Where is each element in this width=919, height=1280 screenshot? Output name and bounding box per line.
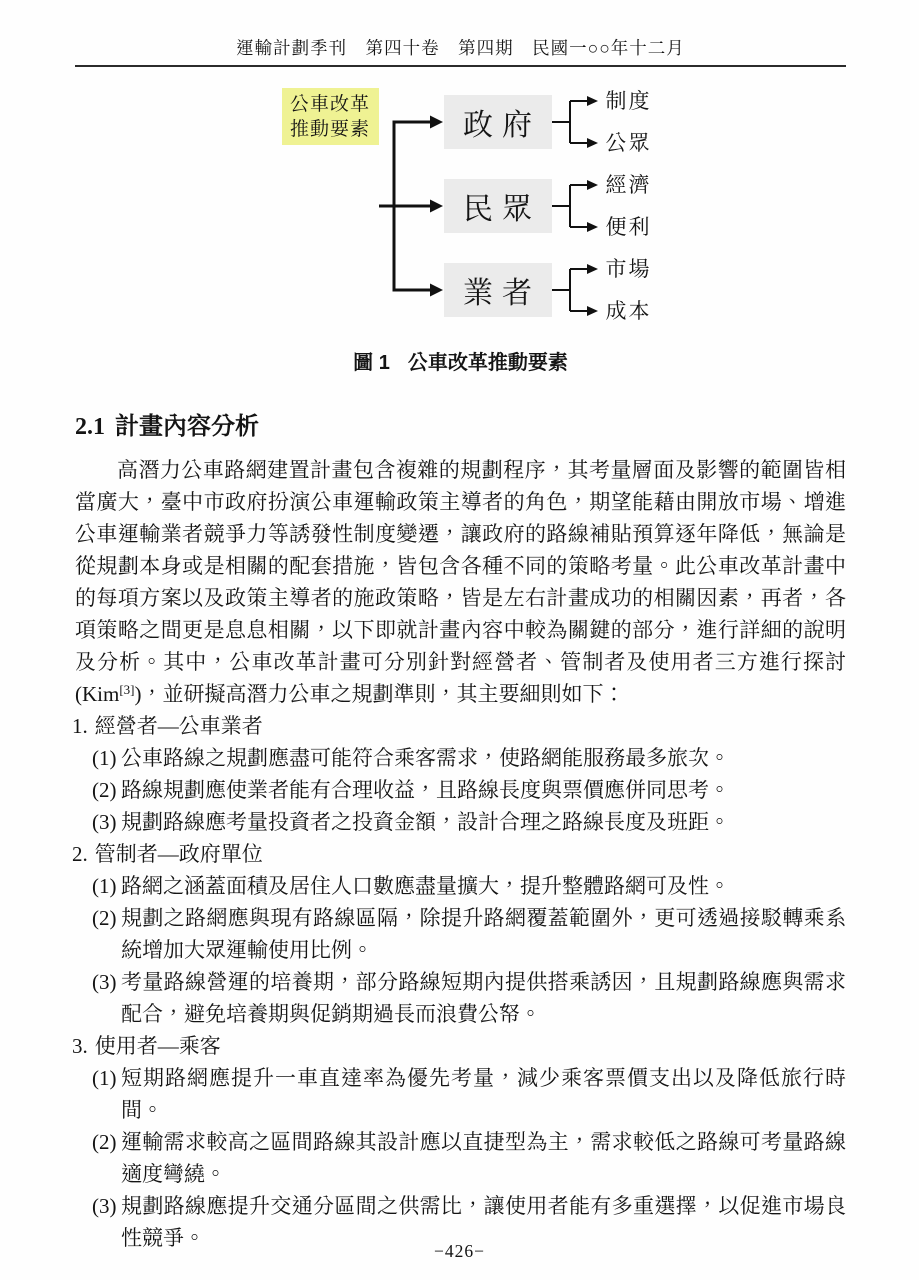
section-title: 計畫內容分析 bbox=[115, 413, 259, 440]
root-node: 公車改革 推動要素 bbox=[282, 88, 379, 145]
list-item-marker: (1) bbox=[92, 1062, 121, 1126]
arrowhead bbox=[587, 138, 598, 148]
list-item-marker: (1) bbox=[92, 742, 121, 774]
list-item: (1) 公車路線之規劃應盡可能符合乘客需求，使路網能服務最多旅次。 bbox=[75, 742, 846, 774]
list-item-text: 考量路線營運的培養期，部分路線短期內提供搭乘誘因，且規劃路線應與需求配合，避免培… bbox=[121, 966, 846, 1030]
arrowhead bbox=[587, 180, 598, 190]
figure-caption: 圖 1公車改革推動要素 bbox=[75, 350, 846, 376]
section-heading: 2.1計畫內容分析 bbox=[75, 412, 846, 442]
arrowhead bbox=[587, 222, 598, 232]
branch-node-government: 政府 bbox=[444, 95, 552, 149]
leaf-label: 便利 bbox=[606, 211, 652, 243]
list-item: (2) 路線規劃應使業者能有合理收益，且路線長度與票價應併同思考。 bbox=[75, 774, 846, 806]
list-item-marker: (2) bbox=[92, 774, 121, 806]
list-group-label: 管制者—政府單位 bbox=[95, 838, 263, 870]
list-group-title: 3. 使用者—乘客 bbox=[72, 1030, 846, 1062]
branch-node-operators: 業者 bbox=[444, 263, 552, 317]
branch-node-citizens: 民眾 bbox=[444, 179, 552, 233]
paragraph-part2: )，並研擬高潛力公車之規劃準則，其主要細則如下： bbox=[135, 682, 625, 706]
leaf-label: 市場 bbox=[606, 253, 652, 285]
list-group-marker: 1. bbox=[72, 710, 88, 742]
list-group-regulators: 2. 管制者—政府單位 (1) 路網之涵蓋面積及居住人口數應盡量擴大，提升整體路… bbox=[75, 838, 846, 1030]
section-number: 2.1 bbox=[75, 414, 105, 440]
arrowhead bbox=[430, 116, 443, 129]
list-item-text: 公車路線之規劃應盡可能符合乘客需求，使路網能服務最多旅次。 bbox=[121, 742, 846, 774]
list-item-text: 運輸需求較高之區間路線其設計應以直捷型為主，需求較低之路線可考量路線適度彎繞。 bbox=[121, 1126, 846, 1190]
numbered-list: 1. 經營者—公車業者 (1) 公車路線之規劃應盡可能符合乘客需求，使路網能服務… bbox=[75, 710, 846, 1254]
list-item-marker: (3) bbox=[92, 806, 121, 838]
list-group-operators: 1. 經營者—公車業者 (1) 公車路線之規劃應盡可能符合乘客需求，使路網能服務… bbox=[75, 710, 846, 838]
list-group-label: 使用者—乘客 bbox=[95, 1030, 221, 1062]
list-group-marker: 2. bbox=[72, 838, 88, 870]
list-item: (2) 運輸需求較高之區間路線其設計應以直捷型為主，需求較低之路線可考量路線適度… bbox=[75, 1126, 846, 1190]
list-item-text: 路網之涵蓋面積及居住人口數應盡量擴大，提升整體路網可及性。 bbox=[121, 870, 846, 902]
list-item-marker: (2) bbox=[92, 902, 121, 966]
list-item-marker: (2) bbox=[92, 1126, 121, 1190]
list-group-title: 1. 經營者—公車業者 bbox=[72, 710, 846, 742]
list-item: (1) 路網之涵蓋面積及居住人口數應盡量擴大，提升整體路網可及性。 bbox=[75, 870, 846, 902]
root-node-label-line2: 推動要素 bbox=[290, 117, 370, 142]
header-rule bbox=[75, 65, 846, 67]
list-item: (3) 規劃路線應考量投資者之投資金額，設計合理之路線長度及班距。 bbox=[75, 806, 846, 838]
list-item-text: 規劃之路網應與現有路線區隔，除提升路網覆蓋範圍外，更可透過接駁轉乘系統增加大眾運… bbox=[121, 902, 846, 966]
arrowhead bbox=[587, 96, 598, 106]
arrowhead bbox=[430, 200, 443, 213]
paragraph-part1: 高潛力公車路網建置計畫包含複雜的規劃程序，其考量層面及影響的範圍皆相當廣大，臺中… bbox=[75, 458, 846, 706]
list-item-marker: (3) bbox=[92, 966, 121, 1030]
page-number: −426− bbox=[0, 1241, 919, 1262]
citation-superscript: [3] bbox=[119, 682, 134, 697]
list-item-marker: (1) bbox=[92, 870, 121, 902]
figure-caption-label: 圖 1 bbox=[353, 352, 390, 374]
list-group-users: 3. 使用者—乘客 (1) 短期路網應提升一車直達率為優先考量，減少乘客票價支出… bbox=[75, 1030, 846, 1254]
list-group-label: 經營者—公車業者 bbox=[95, 710, 263, 742]
list-item: (3) 考量路線營運的培養期，部分路線短期內提供搭乘誘因，且規劃路線應與需求配合… bbox=[75, 966, 846, 1030]
list-item-text: 規劃路線應考量投資者之投資金額，設計合理之路線長度及班距。 bbox=[121, 806, 846, 838]
list-item: (2) 規劃之路網應與現有路線區隔，除提升路網覆蓋範圍外，更可透過接駁轉乘系統增… bbox=[75, 902, 846, 966]
arrowhead bbox=[587, 264, 598, 274]
leaf-label: 公眾 bbox=[606, 127, 652, 159]
root-node-label-line1: 公車改革 bbox=[290, 92, 370, 117]
journal-header: 運輸計劃季刊 第四十卷 第四期 民國一○○年十二月 bbox=[75, 0, 846, 58]
list-group-marker: 3. bbox=[72, 1030, 88, 1062]
list-item-text: 短期路網應提升一車直達率為優先考量，減少乘客票價支出以及降低旅行時間。 bbox=[121, 1062, 846, 1126]
org-chart: 公車改革 推動要素 政府 民眾 業者 制度 公眾 經濟 便利 市場 成本 bbox=[282, 88, 662, 340]
list-item-text: 路線規劃應使業者能有合理收益，且路線長度與票價應併同思考。 bbox=[121, 774, 846, 806]
body-paragraph: 高潛力公車路網建置計畫包含複雜的規劃程序，其考量層面及影響的範圍皆相當廣大，臺中… bbox=[75, 454, 846, 710]
list-item: (1) 短期路網應提升一車直達率為優先考量，減少乘客票價支出以及降低旅行時間。 bbox=[75, 1062, 846, 1126]
leaf-label: 經濟 bbox=[606, 169, 652, 201]
leaf-label: 成本 bbox=[606, 295, 652, 327]
body-text: 高潛力公車路網建置計畫包含複雜的規劃程序，其考量層面及影響的範圍皆相當廣大，臺中… bbox=[75, 454, 846, 1254]
arrowhead bbox=[430, 284, 443, 297]
leaf-label: 制度 bbox=[606, 85, 652, 117]
document-page: 運輸計劃季刊 第四十卷 第四期 民國一○○年十二月 bbox=[0, 0, 919, 1280]
arrowhead bbox=[587, 306, 598, 316]
figure-caption-title: 公車改革推動要素 bbox=[408, 352, 568, 374]
list-group-title: 2. 管制者—政府單位 bbox=[72, 838, 846, 870]
